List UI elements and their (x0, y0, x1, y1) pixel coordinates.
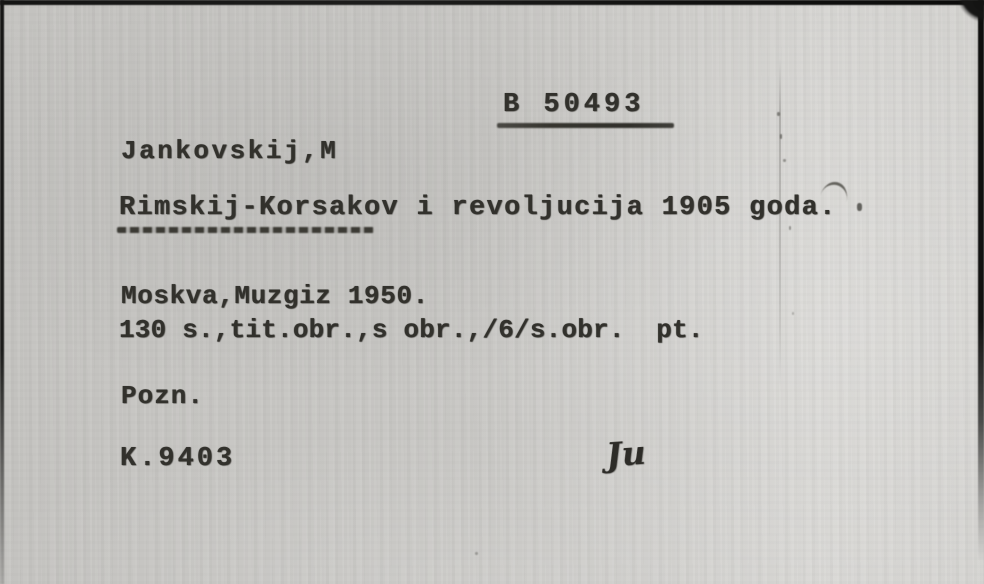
collation-line: 130 s.,tit.obr.,s obr.,/6/s.obr. pt. (119, 317, 704, 343)
scan-edge-left (0, 0, 4, 584)
scan-edge-top (0, 0, 984, 5)
note-line: Pozn. (121, 383, 204, 409)
ink-speck (792, 312, 794, 315)
ink-speck (789, 226, 791, 230)
scan-corner-artifact (946, 0, 984, 56)
scan-edge-right (978, 0, 984, 584)
author-line: Jankovskij,M (121, 138, 338, 164)
handwritten-annotation: Ju (605, 436, 647, 472)
call-number-underline (497, 123, 674, 128)
title-main: Rimskij-Korsakov (119, 193, 399, 223)
ink-speck (780, 134, 782, 139)
title-underline (117, 227, 374, 233)
call-number: B 50493 (503, 92, 644, 119)
ink-speck (777, 112, 780, 116)
library-catalog-card-scan: B 50493 Jankovskij,M Rimskij-Korsakov i … (0, 0, 984, 584)
ink-speck (475, 552, 478, 555)
card-crease-line (779, 58, 781, 388)
imprint-line: Moskva,Muzgiz 1950. (121, 283, 429, 309)
title-line: Rimskij-Korsakov i revoljucija 1905 goda… (119, 195, 837, 222)
title-rest: i revoljucija 1905 goda. (399, 193, 837, 223)
ink-speck (783, 159, 786, 162)
ink-speck (857, 203, 862, 211)
inventory-number: K.9403 (120, 446, 235, 473)
